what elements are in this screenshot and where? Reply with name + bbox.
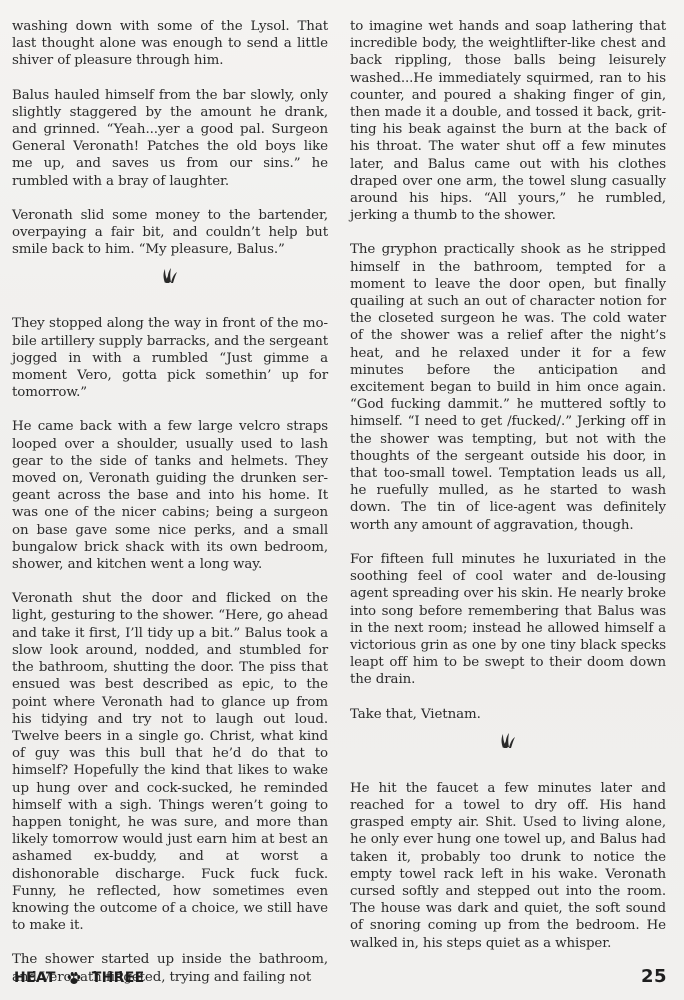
paragraph: Balus hauled himself from the bar slowly…	[12, 87, 328, 190]
publication-name-left: HEAT	[14, 970, 56, 986]
section-break-ornament	[350, 731, 666, 749]
right-column: to imagine wet hands and soap lathering …	[350, 18, 666, 969]
paw-print-icon	[66, 970, 82, 986]
page-number: 25	[641, 966, 667, 987]
left-column: washing down with some of the Lysol. Tha…	[12, 18, 328, 1000]
paragraph: They stopped along the way in front of t…	[12, 315, 328, 401]
publication-footer: HEAT THREE	[14, 970, 144, 986]
paragraph: He came back with a few large velcro str…	[12, 418, 328, 573]
magazine-page: washing down with some of the Lysol. Tha…	[0, 0, 684, 1000]
publication-name-right: THREE	[92, 970, 145, 986]
paragraph: to imagine wet hands and soap lathering …	[350, 18, 666, 224]
paragraph: For fifteen full minutes he luxuriated i…	[350, 551, 666, 689]
paragraph: He hit the faucet a few minutes later an…	[350, 780, 666, 952]
paragraph: The gryphon practically shook as he stri…	[350, 241, 666, 533]
section-break-ornament	[12, 266, 328, 284]
paragraph: washing down with some of the Lysol. Tha…	[12, 18, 328, 70]
paragraph: Take that, Vietnam.	[350, 706, 666, 723]
paragraph: Veronath slid some money to the bartende…	[12, 207, 328, 259]
flame-leaf-ornament-icon	[500, 731, 516, 749]
paragraph: Veronath shut the door and flicked on th…	[12, 590, 328, 934]
flame-leaf-ornament-icon	[162, 266, 178, 284]
